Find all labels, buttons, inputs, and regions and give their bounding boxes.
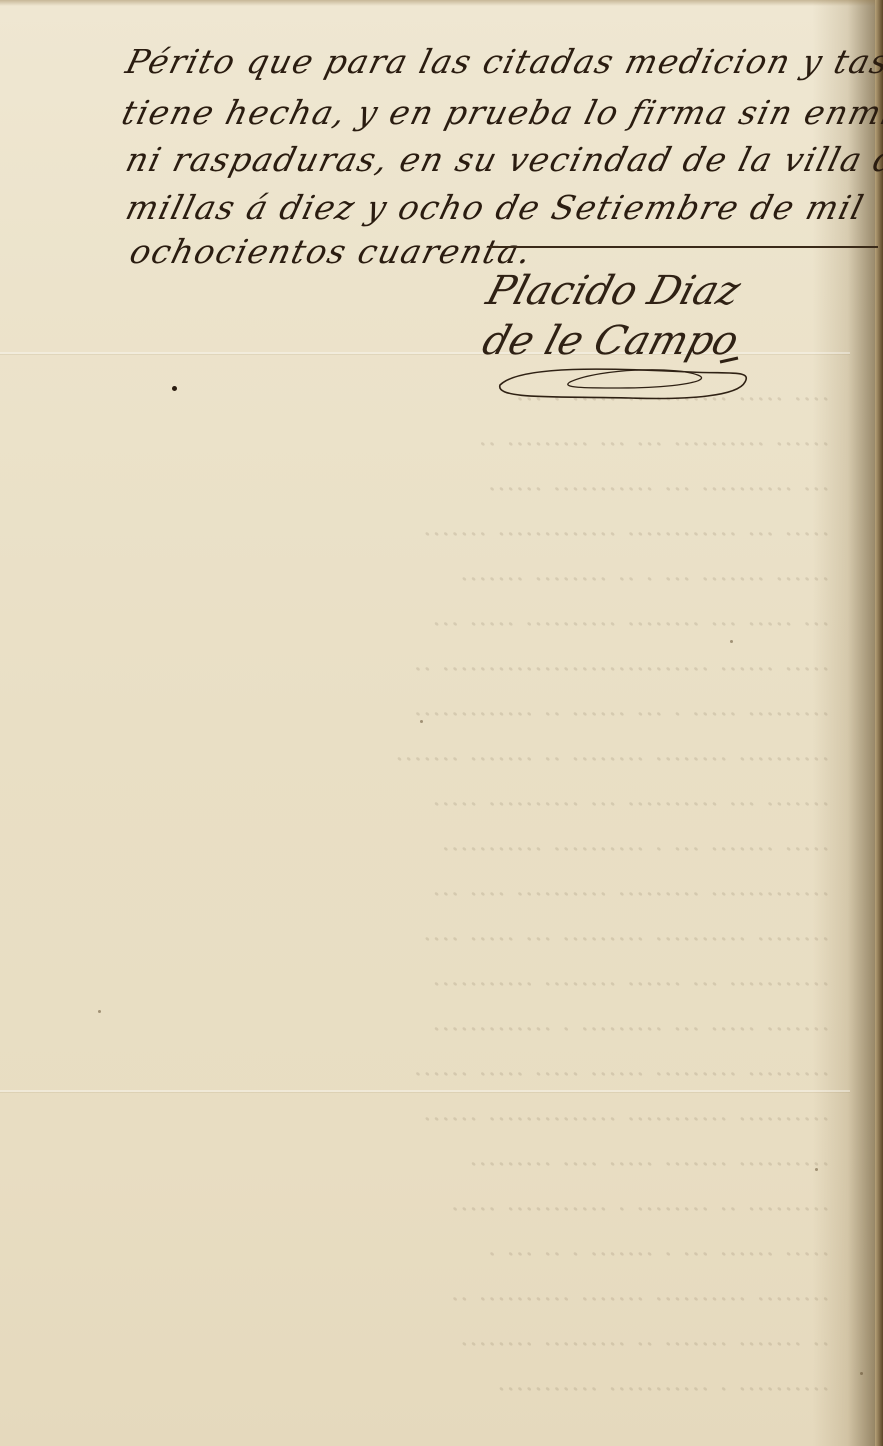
bleed-through-line: ············· ········· ·········· ···· … <box>27 880 833 910</box>
closing-rule <box>490 246 878 248</box>
ink-dot <box>172 386 177 391</box>
manuscript-line: tiene hecha, y en prueba lo firma sin en… <box>118 93 883 132</box>
bleed-through-line: ····· ······· ··· · ·········· ·········… <box>27 835 833 865</box>
paper-speck <box>98 1010 101 1013</box>
signature-flourish-icon <box>490 350 760 410</box>
bleed-through-line: ··········· ··· ······ ········ ········… <box>27 970 833 1000</box>
signature-line-1: Placido Diaz <box>481 268 745 314</box>
bleed-through-line: ····· ······ ···························… <box>27 655 833 685</box>
manuscript-line: Périto que para las citadas medicion y t… <box>122 42 883 81</box>
bleed-through-line: ·········· · ··········· ··········· <box>27 1375 833 1405</box>
paper-speck <box>420 720 423 723</box>
bleed-through-line: ······ ·········· ··· ··· ········· ·· <box>27 430 833 460</box>
page-top-edge <box>0 0 883 6</box>
paper-crease <box>0 1090 850 1092</box>
bleed-through-line: ··· ·········· ··· ··········· ······ <box>27 475 833 505</box>
paper-speck <box>860 1372 863 1375</box>
bleed-through-line: ·· ······· ······· ·· ········· ········ <box>27 1330 833 1360</box>
page-binding-edge <box>875 0 883 1446</box>
bleed-through-line: ········· ····· · ··· ······ ·· ········… <box>27 700 833 730</box>
manuscript-line: millas á diez y ocho de Setiembre de mil <box>122 188 869 227</box>
manuscript-page: ···· ····· ········ ·· ····· · ··· ·····… <box>0 0 883 1446</box>
paper-speck <box>815 1168 818 1171</box>
bleed-through-line: ·········· ······· ····· ···· ········· <box>27 1150 833 1180</box>
manuscript-line: ochocientos cuarenta. <box>126 232 536 271</box>
bleed-through-line: ·········· ········ ········ ·· ······· … <box>27 745 833 775</box>
bleed-through-line: ········· ·· ········ · ··········· ····… <box>27 1195 833 1225</box>
bleed-through-line: ······ ······· ··· · ·· ········ ······· <box>27 565 833 595</box>
bleed-through-line: ········· ········· ······ ····· ····· ·… <box>27 1060 833 1090</box>
bleed-through-line: ·········· ··········· ·············· ··… <box>27 1105 833 1135</box>
bleed-through-line: ····· ······ ··· · ······· · ·· ··· · <box>27 1240 833 1270</box>
manuscript-line: ni raspaduras, en su vecindad de la vill… <box>122 140 883 179</box>
bleed-through-line: ········ ·········· ······· ·········· ·… <box>27 1285 833 1315</box>
paper-speck <box>730 640 733 643</box>
bleed-through-line: ··· ····· ··· ········ ·········· ····· … <box>27 610 833 640</box>
bleed-through-line: ········ ·········· ········· ··· ····· … <box>27 925 833 955</box>
bleed-through-line: ······· ····· ··· ········· · ··········… <box>27 1015 833 1045</box>
bleed-through-line: ······· ··· ·········· ··· ·········· ··… <box>27 790 833 820</box>
bleed-through-line: ····· ··· ············ ············· ···… <box>27 520 833 550</box>
